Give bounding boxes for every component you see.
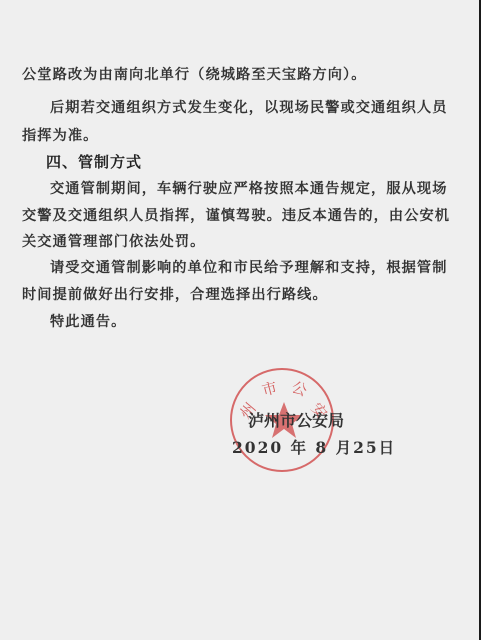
- document-page: 公堂路改为由南向北单行（绕城路至天宝路方向）。 后期若交通组织方式发生变化，以现…: [0, 0, 479, 640]
- text-line: 时间提前做好出行安排，合理选择出行路线。: [22, 285, 328, 305]
- text-line: 交通管制期间，车辆行驶应严格按照本通告规定，服从现场: [50, 179, 447, 199]
- text-line: 特此通告。: [50, 312, 126, 332]
- issuer-signature: 泸州市公安局: [248, 408, 344, 431]
- text-line: 指挥为准。: [22, 126, 98, 146]
- section-heading: 四、管制方式: [46, 152, 142, 172]
- issue-date: 2020 年 8 月25日: [232, 436, 396, 458]
- text-line: 公堂路改为由南向北单行（绕城路至天宝路方向）。: [22, 65, 367, 85]
- text-line: 交警及交通组织人员指挥，谨慎驾驶。违反本通告的，由公安机: [22, 206, 450, 226]
- seal-char: 市: [260, 376, 280, 400]
- text-line: 后期若交通组织方式发生变化，以现场民警或交通组织人员: [50, 98, 447, 118]
- seal-char: 公: [289, 376, 310, 401]
- text-line: 请受交通管制影响的单位和市民给予理解和支持，根据管制: [50, 258, 447, 278]
- text-line: 关交通管理部门依法处罚。: [22, 232, 205, 252]
